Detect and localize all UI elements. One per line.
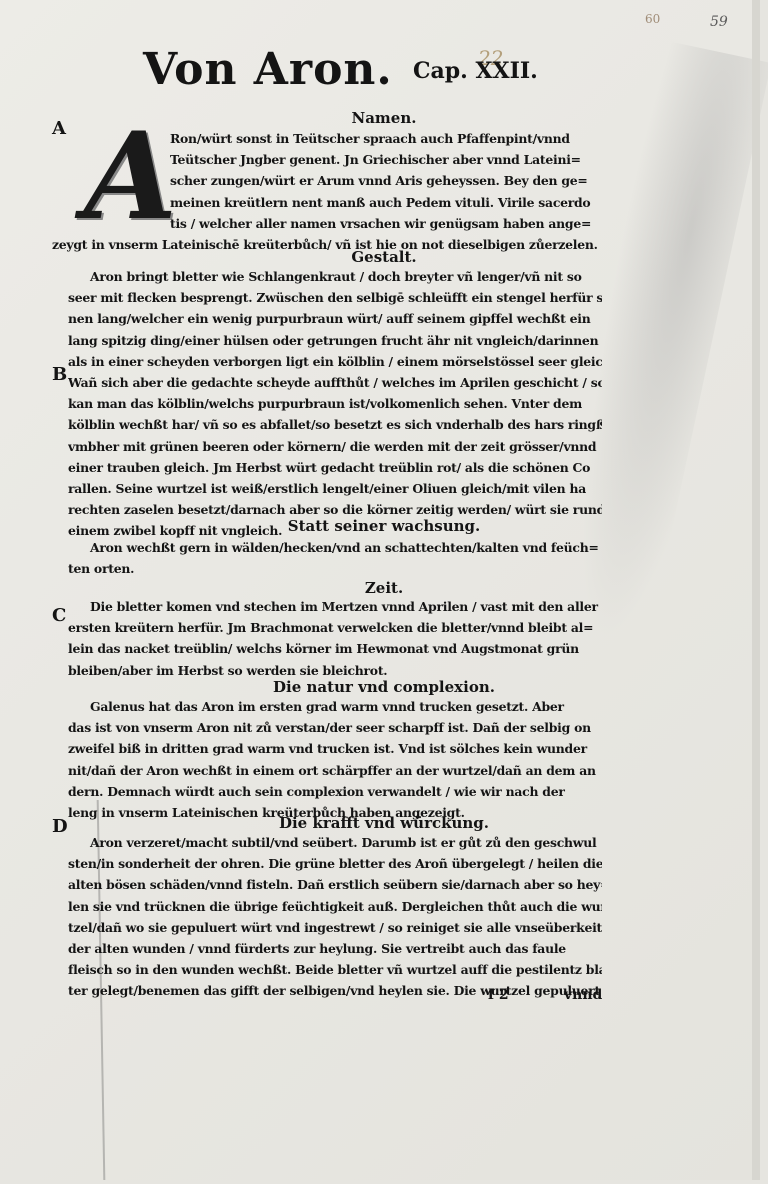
text-line: kan man das kölblin/welchs purpurbraun i… xyxy=(68,393,602,414)
section-heading-standort: Statt seiner wachsung. xyxy=(0,517,768,535)
chapter-number: Cap. XXII. xyxy=(413,58,538,84)
section-heading-gestalt: Gestalt. xyxy=(0,248,768,266)
text-line: Galenus hat das Aron im ersten grad warm… xyxy=(68,696,602,717)
text-line: zweifel biß in dritten grad warm vnd tru… xyxy=(68,738,602,759)
text-line: ten orten. xyxy=(68,558,602,579)
text-line: lang spitzig ding/einer hülsen oder getr… xyxy=(68,330,602,351)
section-text-standort: Aron wechßt gern in wälden/hecken/vnd an… xyxy=(68,537,602,579)
text-line: Wañ sich aber die gedachte scheyde aufft… xyxy=(68,372,602,393)
text-line: vmbher mit grünen beeren oder körnern/ d… xyxy=(68,436,602,457)
catchword: vnnd xyxy=(564,987,602,1003)
text-line: der alten wunden / vnnd fürderts zur hey… xyxy=(68,938,602,959)
text-line: Aron wechßt gern in wälden/hecken/vnd an… xyxy=(68,537,602,558)
text-line: ter gelegt/benemen das gifft der selbige… xyxy=(68,980,602,1001)
handwritten-folio-number: 59 xyxy=(710,14,728,30)
section-text-gestalt: Aron bringt bletter wie Schlangenkraut /… xyxy=(68,266,602,542)
section-text-namen: Ron/würt sonst in Teütscher spraach auch… xyxy=(170,128,602,234)
text-line: len sie vnd trücknen die übrige feüchtig… xyxy=(68,896,602,917)
text-line: als in einer scheyden verborgen ligt ein… xyxy=(68,351,602,372)
decorated-initial: A xyxy=(84,122,174,232)
text-line: dern. Demnach würdt auch sein complexion… xyxy=(68,781,602,802)
text-line: Aron bringt bletter wie Schlangenkraut /… xyxy=(68,266,602,287)
text-line: ersten kreütern herfür. Jm Brachmonat ve… xyxy=(68,617,602,638)
text-line: Die bletter komen vnd stechen im Mertzen… xyxy=(68,596,602,617)
section-text-zeit: Die bletter komen vnd stechen im Mertzen… xyxy=(68,596,602,681)
text-line: alten bösen schäden/vnnd fisteln. Dañ er… xyxy=(68,874,602,895)
text-line: einer trauben gleich. Jm Herbst würt ged… xyxy=(68,457,602,478)
section-heading-zeit: Zeit. xyxy=(0,579,768,597)
text-line: scher zungen/würt er Arum vnnd Aris gehe… xyxy=(170,170,602,191)
section-text-natur: Galenus hat das Aron im ersten grad warm… xyxy=(68,696,602,823)
text-line: nit/dañ der Aron wechßt in einem ort sch… xyxy=(68,760,602,781)
text-line: fleisch so in den wunden wechßt. Beide b… xyxy=(68,959,602,980)
section-text-wirkung: Aron verzeret/macht subtil/vnd seübert. … xyxy=(68,832,602,1002)
manuscript-page: 60 59 22 Von Aron. Cap. XXII. A B C D Na… xyxy=(0,0,760,1180)
text-line: lein das nacket treüblin/ welchs körner … xyxy=(68,638,602,659)
text-line: kölblin wechßt har/ vñ so es abfallet/so… xyxy=(68,414,602,435)
margin-letter-c: C xyxy=(52,605,66,626)
section-heading-wirkung: Die krafft vnd würckung. xyxy=(0,814,768,832)
text-line: das ist von vnserm Aron nit zů verstan/d… xyxy=(68,717,602,738)
text-line: sten/in sonderheit der ohren. Die grüne … xyxy=(68,853,602,874)
text-line: rallen. Seine wurtzel ist weiß/erstlich … xyxy=(68,478,602,499)
text-line: Ron/würt sonst in Teütscher spraach auch… xyxy=(170,128,602,149)
text-line: nen lang/welcher ein wenig purpurbraun w… xyxy=(68,308,602,329)
section-heading-natur: Die natur vnd complexion. xyxy=(0,678,768,696)
page-title: Von Aron. xyxy=(143,44,393,95)
text-line: Teütscher Jngber genent. Jn Griechischer… xyxy=(170,149,602,170)
text-line: tis / welcher aller namen vrsachen wir g… xyxy=(170,213,602,234)
margin-letter-b: B xyxy=(52,364,67,385)
pencil-mark: 60 xyxy=(645,12,660,26)
text-line: Aron verzeret/macht subtil/vnd seübert. … xyxy=(68,832,602,853)
text-line: tzel/dañ wo sie gepuluert würt vnd inges… xyxy=(68,917,602,938)
text-line: seer mit flecken besprengt. Zwüschen den… xyxy=(68,287,602,308)
text-line: meinen kreütlern nent manß auch Pedem vi… xyxy=(170,192,602,213)
signature-mark: f 2 xyxy=(488,987,509,1003)
